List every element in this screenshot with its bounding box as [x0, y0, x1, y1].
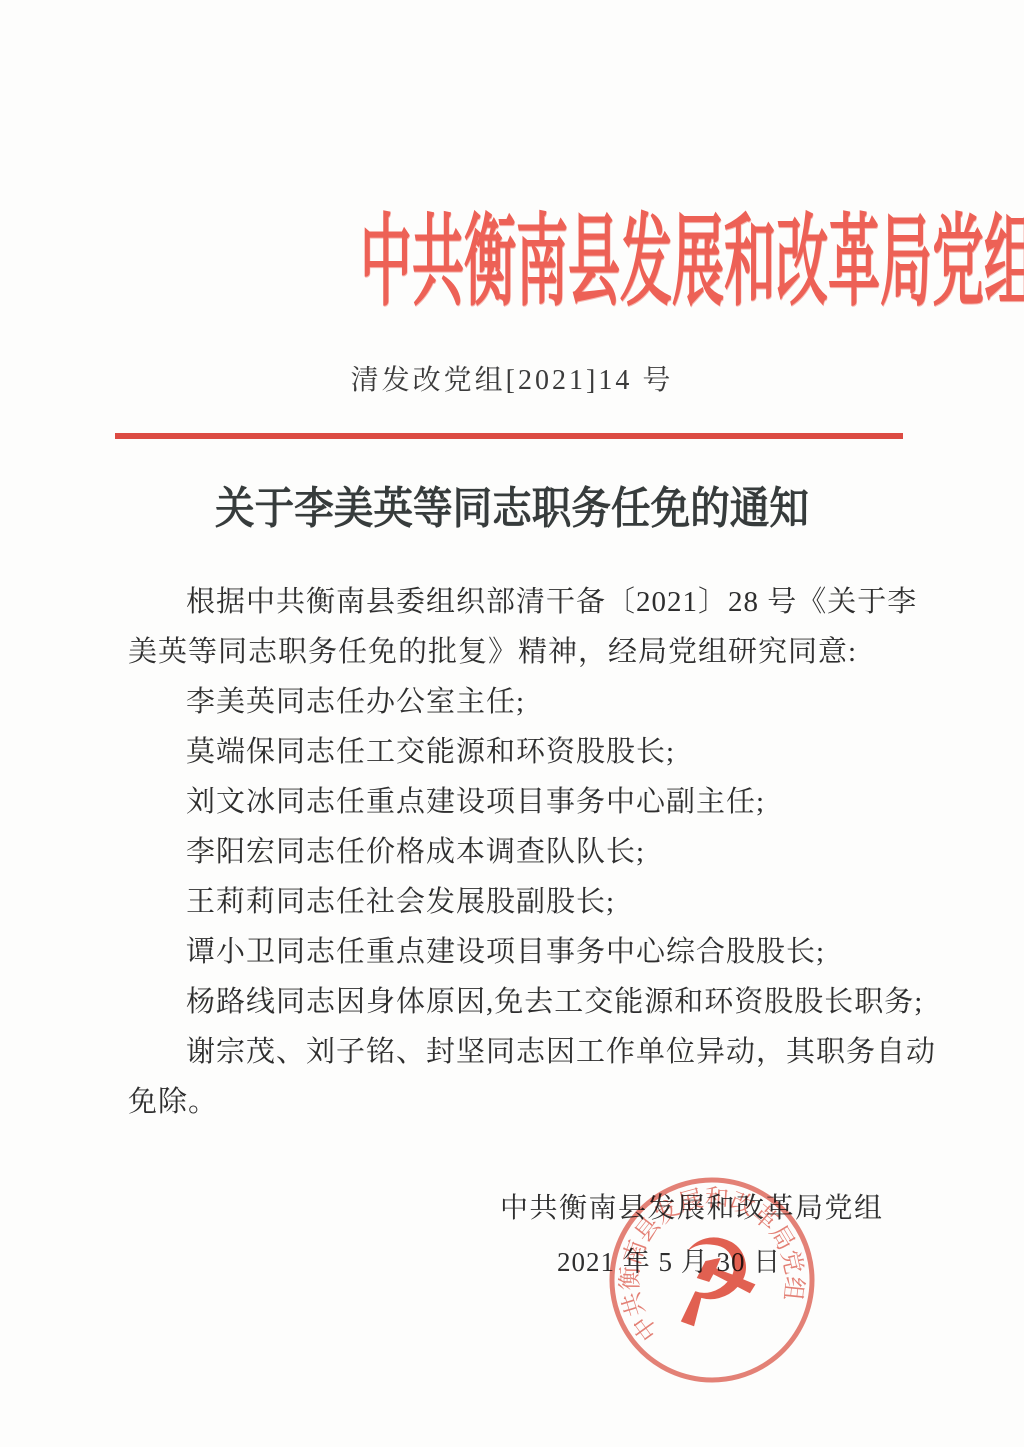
- body-line: 谢宗茂、刘子铭、封坚同志因工作单位异动，其职务自动: [128, 1027, 910, 1077]
- body-line: 王莉莉同志任社会发展股副股长;: [128, 877, 910, 927]
- notice-title: 关于李美英等同志职务任免的通知: [0, 483, 1024, 535]
- doc-number: 清发改党组[2021]14 号: [0, 358, 1024, 398]
- body-line: 刘文冰同志任重点建设项目事务中心副主任;: [128, 777, 910, 827]
- red-divider-line: [115, 433, 903, 439]
- document-body: 根据中共衡南县委组织部清干备〔2021〕28 号《关于李美英等同志职务任免的批复…: [128, 577, 910, 1127]
- body-line: 李美英同志任办公室主任;: [128, 677, 910, 727]
- document-page: 中共衡南县发展和改革局党组文件 清发改党组[2021]14 号 关于李美英等同志…: [0, 0, 1024, 1447]
- body-line: 免除。: [128, 1077, 910, 1127]
- body-line: 美英等同志职务任免的批复》精神，经局党组研究同意:: [128, 627, 910, 677]
- header-org-title-text: 中共衡南县发展和改革局党组文件: [360, 213, 1024, 313]
- body-line: 根据中共衡南县委组织部清干备〔2021〕28 号《关于李: [128, 577, 910, 627]
- notice-title-text: 关于李美英等同志职务任免的通知: [215, 483, 809, 535]
- body-line: 莫端保同志任工交能源和环资股股长;: [128, 727, 910, 777]
- hammer-sickle-icon: ☭: [648, 1210, 777, 1356]
- header-org-title: 中共衡南县发展和改革局党组文件: [0, 213, 1024, 313]
- body-line: 谭小卫同志任重点建设项目事务中心综合股股长;: [128, 927, 910, 977]
- official-seal: 中共衡南县发展和改革局党组 ☭: [570, 1138, 854, 1422]
- body-line: 李阳宏同志任价格成本调查队队长;: [128, 827, 910, 877]
- body-line: 杨路线同志因身体原因,免去工交能源和环资股股长职务;: [128, 977, 910, 1027]
